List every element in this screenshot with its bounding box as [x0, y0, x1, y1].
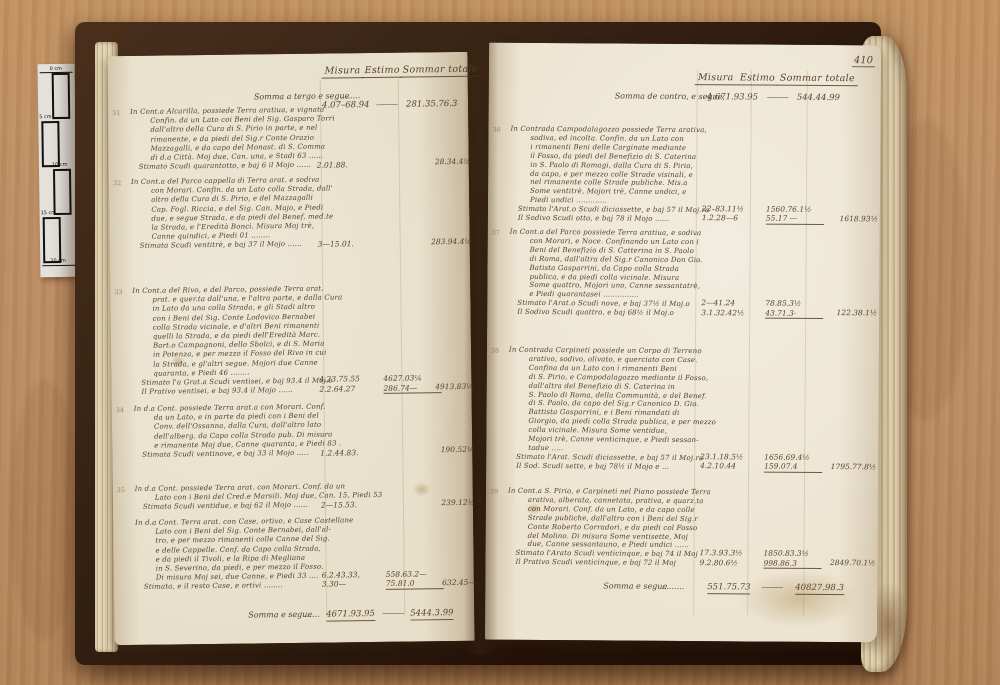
ruler-label: 5 cm [39, 114, 51, 120]
sum-carry-label: Somma e segue [603, 581, 667, 590]
misura-value: 2—41.24 [701, 298, 765, 308]
misura-value: 3.30— [322, 579, 386, 590]
value-row: 3.1.32.42½43.71.3- [701, 308, 823, 319]
wood-grain [10, 380, 80, 640]
entry-values: 22–83.11½1560.76.1½1.2.28—655.17 —1618.9… [702, 204, 878, 225]
ledger-entry: 39In Cont.a S. Pirio, e Carpineti nel Pi… [493, 487, 874, 570]
ruler-label: 10 cm [52, 162, 68, 168]
leader-dots: ......... [661, 582, 684, 591]
misura-value: 2.01.88. [317, 160, 381, 170]
misura-value: 4.2.10.44 [700, 461, 764, 472]
totale-value: 122.38.1½ [837, 308, 878, 317]
misura-value: 2.2.64.27 [319, 384, 383, 395]
value-row: 3.30—75.81.0 [322, 578, 444, 590]
sum-carry-totale: 40827.98.3 [795, 583, 844, 595]
sum-carry-misura: 551.75.73 [707, 582, 750, 594]
totale-value: 1618.93½ [840, 214, 878, 223]
value-row: 2.2.64.27286.74— [319, 383, 441, 395]
entry-values: 6.2.43.33,558.63.2—3.30—75.81.0632.45— [322, 568, 476, 590]
estimo-value: 1560.76.1½ [766, 205, 824, 215]
entry-number: 35 [117, 486, 125, 494]
estimo-value [385, 499, 443, 509]
estimo-value: 159.07.4 [764, 462, 822, 473]
ruler-label: 0 cm [50, 66, 62, 72]
value-row: 4.2.10.44159.07.4 [700, 461, 822, 472]
value-row: 1.2.28—655.17 — [702, 214, 824, 225]
ledger-entry: 31In Cont.a Alcarilla, possiede Terra ar… [116, 104, 465, 173]
value-row: 2—15.53. [321, 499, 443, 510]
entry-number: 31 [112, 109, 120, 117]
estimo-value: 1850.83.3½ [763, 549, 821, 559]
dash-stroke: ——— [761, 583, 782, 592]
misura-value: 22–83.11½ [702, 204, 766, 214]
value-row: 1.2.44.83. [320, 447, 442, 458]
value-row: 3—15.01. [318, 238, 440, 249]
entry-values: 1.2.44.83.190.52¼ [320, 446, 474, 457]
manuscript-book: Misura Estimo Sommar totale Somma a terg… [75, 22, 907, 670]
right-page-entries: 36In Contrada Campodalagozzo possiede Te… [485, 43, 881, 643]
ruler-label: 20 cm [50, 258, 66, 264]
entry-number: 34 [116, 406, 124, 414]
left-page: Misura Estimo Sommar totale Somma a terg… [107, 52, 474, 645]
estimo-value: 55.17 — [766, 214, 824, 225]
estimo-value [381, 159, 439, 169]
ruler-segment-box [52, 73, 71, 119]
entry-values: 2.01.88.28.34.4½ [317, 159, 471, 170]
misura-value: 1.2.28—6 [702, 214, 766, 225]
ledger-entry: 33In Cont.a del Rivo, e del Parco, possi… [118, 283, 467, 398]
misura-value: 17.3.93.3½ [699, 548, 763, 558]
left-page-entries: 31In Cont.a Alcarilla, possiede Terra ar… [107, 52, 474, 645]
entry-values: 2—41.2478.85.3½3.1.32.42½43.71.3-122.38.… [701, 298, 877, 319]
estimo-value: 75.81.0 [386, 578, 444, 589]
entry-number: 33 [114, 288, 122, 296]
sum-carry-label: Somma e segue [248, 610, 312, 620]
value-row: 9.2.80.6½998.86.3 [699, 558, 821, 569]
ledger-entry: 34In d.a Cont. possiede Terra arat.a con… [120, 401, 469, 460]
misura-value: 3.1.32.42½ [701, 308, 765, 319]
ruler-segment-box [41, 121, 60, 167]
dash-stroke: ——— [382, 609, 403, 618]
ruler-segment-box [43, 217, 62, 263]
ledger-entry: 37In Cont.a del Parco possiede Terra ara… [495, 228, 876, 320]
entry-values: 2—15.53.239.12½ [321, 499, 475, 510]
sum-carry-totale: 5444.3.99 [410, 608, 453, 621]
misura-value: 1.2.44.83. [320, 448, 384, 458]
ledger-entry: 38In Contrada Carpineti possiede un Corp… [494, 346, 875, 473]
entry-values: 17.3.93.3½1850.83.3½9.2.80.6½998.86.3284… [699, 548, 875, 569]
estimo-value: 43.71.3- [765, 308, 823, 319]
value-row: 2.01.88. [317, 159, 439, 170]
estimo-value: 1656.69.4½ [764, 452, 822, 462]
right-page: 410 Misura Estimo Sommar totale Somma de… [485, 43, 881, 643]
ruler-segment-box [53, 169, 72, 215]
entry-values: 4.23.75.554627.03¼2.2.64.27286.74—4913.8… [319, 373, 473, 395]
entry-values: 23.1.18.5½1656.69.4½4.2.10.44159.07.4179… [700, 452, 876, 473]
photo-scene: 0 cm5 cm10 cm15 cm20 cm Misura Estimo So… [0, 0, 1000, 685]
ledger-entry: 32In Cont.a del Parco cappella di Terra … [117, 174, 466, 252]
ruler-label: 15 cm [41, 210, 57, 216]
photo-scale-ruler: 0 cm5 cm10 cm15 cm20 cm [38, 64, 78, 277]
leader-dots: ...... [304, 610, 319, 619]
ruler-tick-line [42, 265, 75, 266]
ledger-entry: 36In Contrada Campodalagozzo possiede Te… [496, 125, 877, 226]
entry-number: 32 [113, 179, 121, 187]
entry-values: 3—15.01.283.94.4½ [318, 238, 472, 249]
misura-value: 2—15.53. [321, 500, 385, 510]
estimo-value: 78.85.3½ [765, 299, 823, 309]
totale-value: 1795.77.8½ [831, 462, 877, 471]
misura-value: 23.1.18.5½ [700, 452, 764, 462]
ledger-entry: In d.a Cont. Terra arat. con Case, ortiv… [121, 515, 470, 593]
sum-carry-misura: 4671.93.95 [326, 609, 375, 622]
estimo-value: 998.86.3 [763, 558, 821, 569]
book-gutter [464, 38, 498, 654]
estimo-value [384, 447, 442, 457]
totale-value: 2849.70.1½ [830, 558, 876, 567]
estimo-value: 286.74— [383, 383, 441, 394]
ledger-entry: 35In d.a Cont. possiede Terra arat. con … [121, 481, 469, 513]
misura-value: 9.2.80.6½ [699, 558, 763, 569]
misura-value: 3—15.01. [318, 239, 382, 249]
